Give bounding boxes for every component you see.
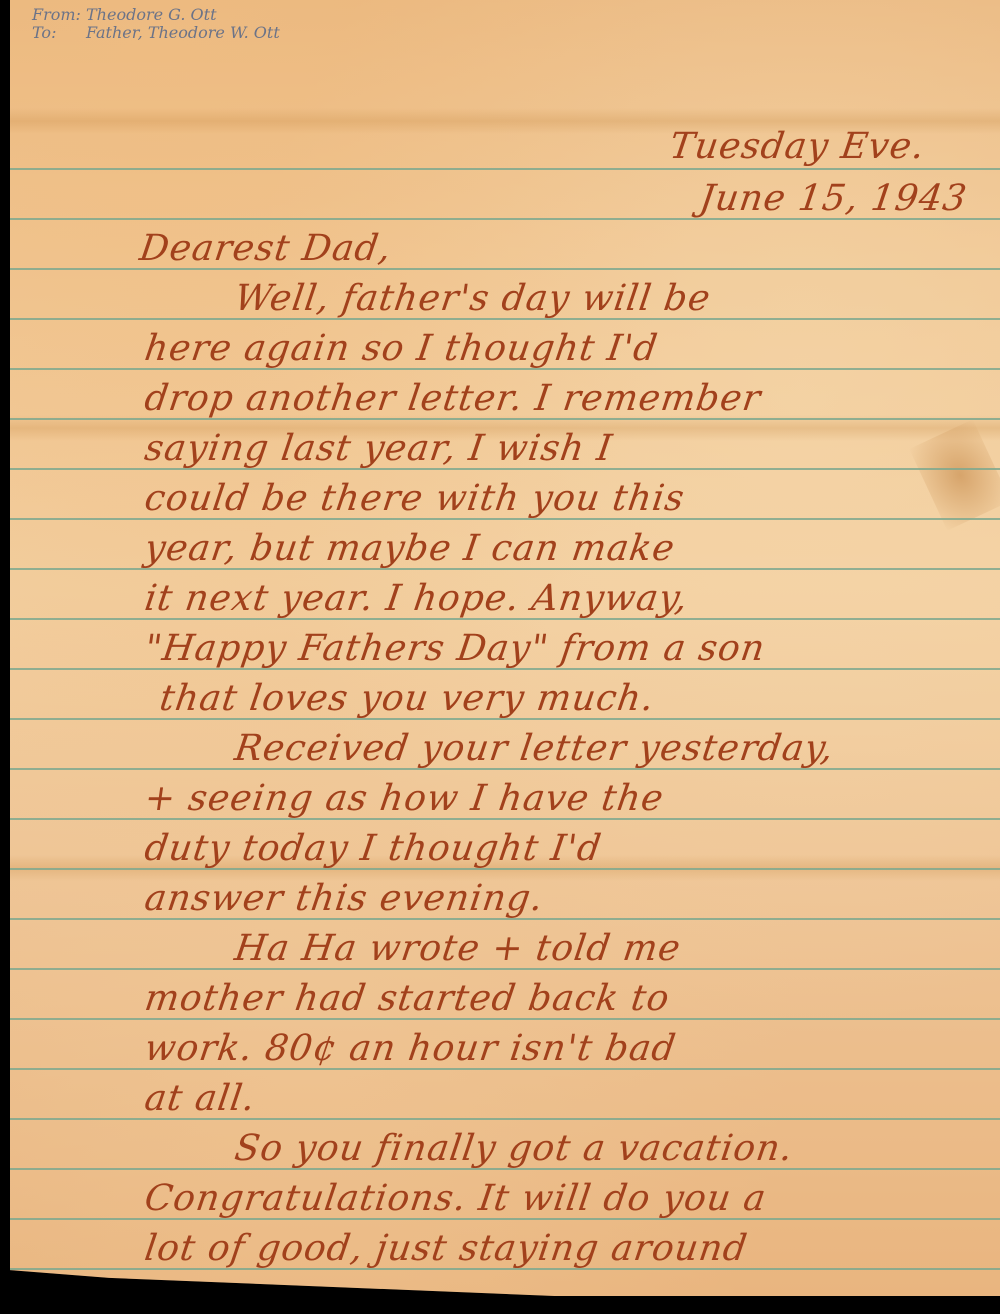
letter-line: duty today I thought I'd (142, 828, 604, 869)
letter-line: Well, father's day will be (232, 278, 713, 319)
letter-date: June 15, 1943 (697, 178, 970, 219)
letter-line: drop another letter. I remember (142, 378, 764, 419)
header-annotation: From: Theodore G. Ott To: Father, Theodo… (32, 6, 280, 42)
letter-line: year, but maybe I can make (142, 528, 678, 569)
to-value: Father, Theodore W. Ott (86, 24, 280, 42)
from-value: Theodore G. Ott (86, 6, 217, 24)
letter-line: mother had started back to (142, 978, 672, 1019)
letter-line: "Happy Fathers Day" from a son (142, 628, 768, 669)
letter-line: lot of good, just staying around (142, 1228, 750, 1269)
letter-line: work. 80¢ an hour isn't bad (142, 1028, 679, 1069)
letter-line: + seeing as how I have the (142, 778, 666, 819)
from-row: From: Theodore G. Ott (32, 6, 280, 24)
letter-line: it next year. I hope. Anyway, (142, 578, 691, 619)
from-label: From: (32, 6, 86, 24)
letter-line: answer this evening. (142, 878, 546, 919)
letter-line: could be there with you this (142, 478, 687, 519)
letter-line: Received your letter yesterday, (232, 728, 836, 769)
letter-day: Tuesday Eve. (667, 126, 927, 167)
letter-line: Congratulations. It will do you a (142, 1178, 769, 1219)
letter-line: here again so I thought I'd (142, 328, 660, 369)
letter-line: So you finally got a vacation. (232, 1128, 796, 1169)
to-row: To: Father, Theodore W. Ott (32, 24, 280, 42)
letter-line: that loves you very much. (157, 678, 657, 719)
letter-line: saying last year, I wish I (142, 428, 615, 469)
ruled-line (10, 168, 1000, 170)
letter-paper: From: Theodore G. Ott To: Father, Theodo… (10, 0, 1000, 1296)
letter-line: at all. (142, 1078, 258, 1119)
letter-salutation: Dearest Dad, (137, 228, 394, 269)
to-label: To: (32, 24, 86, 42)
letter-line: Ha Ha wrote + told me (232, 928, 683, 969)
